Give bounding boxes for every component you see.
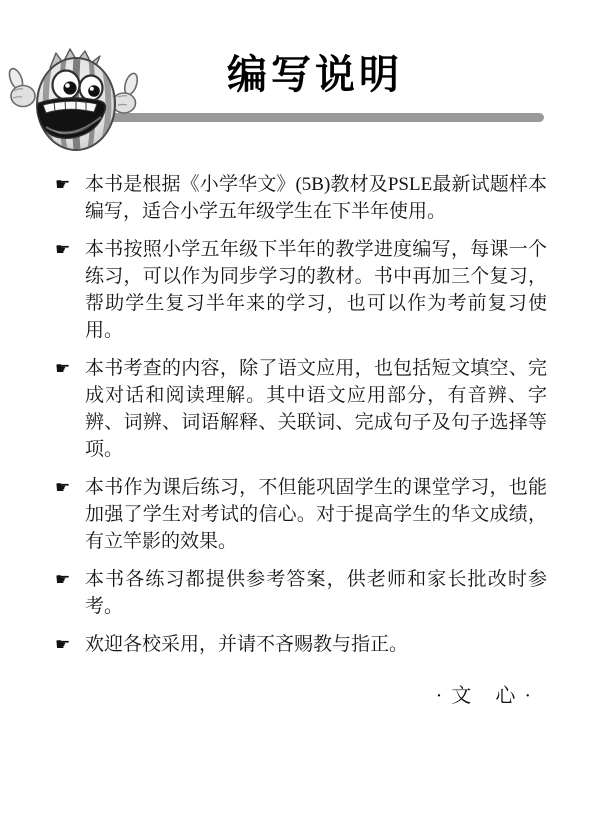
list-item: ☛ 本书是根据《小学华文》(5B)教材及PSLE最新试题样本编写，适合小学五年级…: [55, 171, 547, 225]
author-signature: · 文 心 ·: [55, 679, 547, 708]
title-underline-bar: [112, 113, 544, 122]
pointing-hand-icon: ☛: [55, 238, 70, 262]
list-item-text: 本书各练习都提供参考答案，供老师和家长批改时参考。: [85, 569, 547, 617]
thumbs-up-left-icon: [7, 67, 35, 107]
pointing-hand-icon: ☛: [55, 633, 70, 657]
list-item: ☛ 本书各练习都提供参考答案，供老师和家长批改时参考。: [55, 566, 547, 620]
list-item: ☛ 本书作为课后练习，不但能巩固学生的课堂学习，也能加强了学生对考试的信心。对于…: [55, 474, 547, 555]
list-item: ☛ 本书考查的内容，除了语文应用，也包括短文填空、完成对话和阅读理解。其中语文应…: [55, 355, 547, 463]
header: 编写说明: [0, 0, 600, 165]
list-item: ☛ 本书按照小学五年级下半年的教学进度编写，每课一个练习，可以作为同步学习的教材…: [55, 236, 547, 344]
list-item-text: 本书是根据《小学华文》(5B)教材及PSLE最新试题样本编写，适合小学五年级学生…: [85, 174, 547, 222]
pointing-hand-icon: ☛: [55, 357, 70, 381]
pointing-hand-icon: ☛: [55, 173, 70, 197]
list-item-text: 本书考查的内容，除了语文应用，也包括短文填空、完成对话和阅读理解。其中语文应用部…: [85, 358, 547, 460]
content: ☛ 本书是根据《小学华文》(5B)教材及PSLE最新试题样本编写，适合小学五年级…: [55, 171, 547, 708]
page-title: 编写说明: [115, 52, 515, 98]
pointing-hand-icon: ☛: [55, 568, 70, 592]
list-item: ☛ 欢迎各校采用，并请不吝赐教与指正。: [55, 631, 547, 658]
notes-list: ☛ 本书是根据《小学华文》(5B)教材及PSLE最新试题样本编写，适合小学五年级…: [55, 171, 547, 658]
pointing-hand-icon: ☛: [55, 476, 70, 500]
page: 编写说明 ☛ 本书是根据《小学华文》(5B)教材及PSLE最新试题样本编写，适合…: [0, 0, 600, 820]
list-item-text: 本书作为课后练习，不但能巩固学生的课堂学习，也能加强了学生对考试的信心。对于提高…: [85, 477, 547, 552]
list-item-text: 欢迎各校采用，并请不吝赐教与指正。: [85, 634, 408, 655]
list-item-text: 本书按照小学五年级下半年的教学进度编写，每课一个练习，可以作为同步学习的教材。书…: [85, 239, 547, 341]
